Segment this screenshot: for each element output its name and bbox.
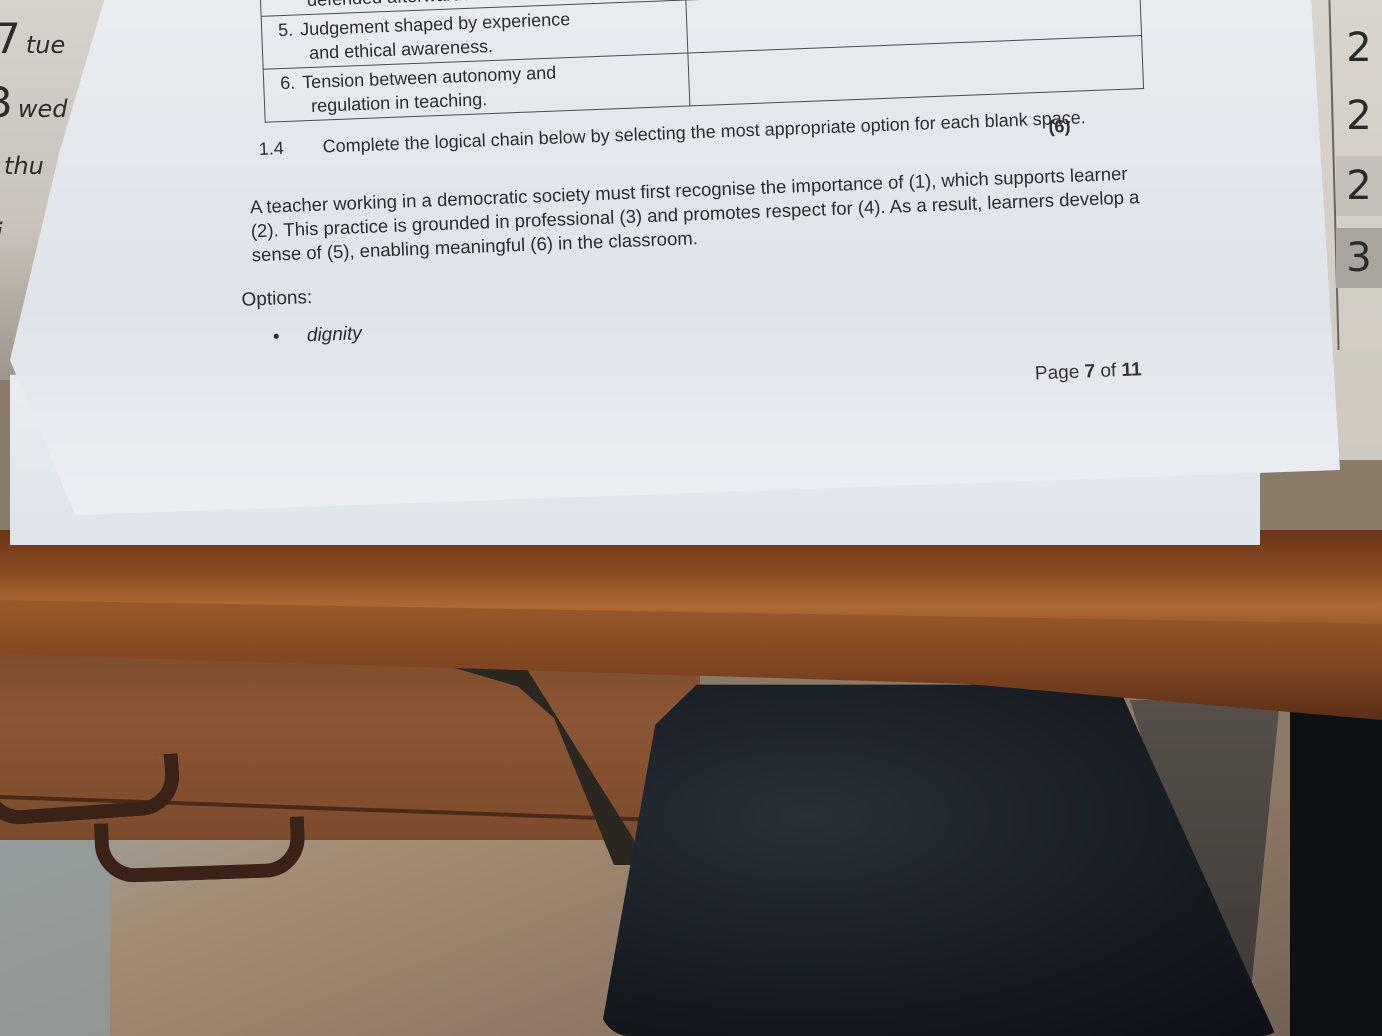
calendar-date: 3 <box>0 78 13 127</box>
floor-shadow <box>0 830 110 1036</box>
calendar-day: thu <box>4 152 44 180</box>
total-pages: 11 <box>1121 359 1142 381</box>
page-of-label: of <box>1100 360 1117 382</box>
question-number: 1.4 <box>258 136 284 161</box>
calendar-row: 7 tue <box>0 14 65 63</box>
document-content: defended afterwards. 5.Judgement shaped … <box>230 0 1165 400</box>
calendar-date: 3 <box>1336 228 1382 288</box>
calendar-row: thu <box>4 152 44 180</box>
calendar-date: 2 <box>1336 86 1382 146</box>
bullet-icon: • <box>273 325 308 348</box>
option-text: dignity <box>307 323 363 346</box>
options-label: Options: <box>241 287 313 312</box>
drawer-handle-icon <box>94 816 306 883</box>
answer-table: defended afterwards. 5.Judgement shaped … <box>260 0 1145 123</box>
calendar-day: i <box>0 218 3 246</box>
question-marks: (6) <box>1048 114 1071 139</box>
calendar-date: 7 <box>0 14 21 63</box>
calendar-row: 3 wed <box>0 78 67 127</box>
calendar-date: 2 <box>1336 18 1382 78</box>
options-list: •dignity <box>273 323 363 348</box>
exam-page: defended afterwards. 5.Judgement shaped … <box>0 0 1340 520</box>
calendar-day: wed <box>18 95 68 123</box>
question-paragraph: A teacher working in a democratic societ… <box>250 161 1152 267</box>
item-number: 6. <box>272 70 303 95</box>
item-number: 5. <box>270 17 301 42</box>
list-item: •dignity <box>273 323 363 348</box>
current-page: 7 <box>1084 361 1095 382</box>
calendar-date: 2 <box>1336 156 1382 216</box>
chair-back <box>1290 700 1382 1036</box>
page-prefix: Page <box>1035 362 1080 385</box>
page-number: Page 7 of 11 <box>1035 359 1143 385</box>
calendar-row: i <box>0 218 3 246</box>
calendar-day: tue <box>26 31 65 59</box>
